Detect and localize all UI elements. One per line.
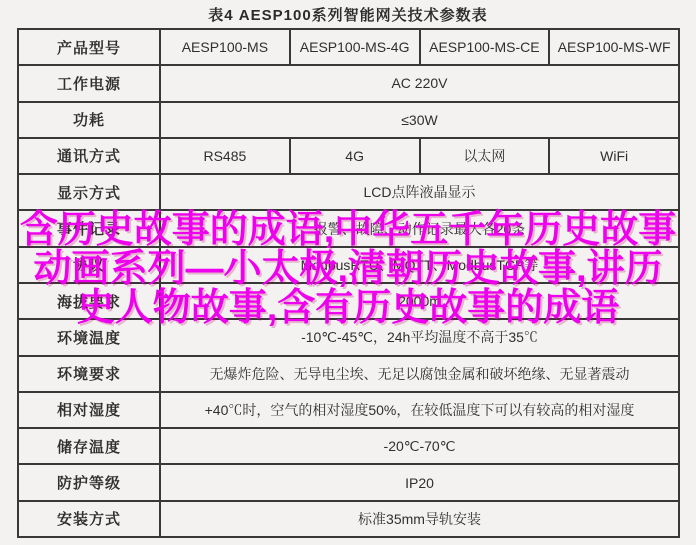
row-value: 无爆炸危险、无导电尘埃、无足以腐蚀金属和破坏绝缘、无显著震动 xyxy=(160,356,679,392)
row-value: IP20 xyxy=(160,464,679,500)
row-label: 安装方式 xyxy=(18,501,160,537)
row-value: ModbusRTU、MQTT、ModbusTCP等 xyxy=(160,247,679,283)
row-value: LCD点阵液晶显示 xyxy=(160,174,679,210)
spec-table: 产品型号AESP100-MSAESP100-MS-4GAESP100-MS-CE… xyxy=(17,28,680,538)
row-label: 环境温度 xyxy=(18,319,160,355)
row-value: 报警、故障、动作记录最大各20条 xyxy=(160,210,679,246)
row-label: 环境要求 xyxy=(18,356,160,392)
table-row: 环境温度-10℃-45℃，24h平均温度不高于35℃ xyxy=(18,319,679,355)
row-label: 防护等级 xyxy=(18,464,160,500)
row-value: -20℃-70℃ xyxy=(160,428,679,464)
row-cell: AESP100-MS-4G xyxy=(290,29,420,65)
row-cell: AESP100-MS xyxy=(160,29,290,65)
table-row: 安装方式标准35mm导轨安装 xyxy=(18,501,679,537)
table-row: 显示方式LCD点阵液晶显示 xyxy=(18,174,679,210)
table-row: 工作电源AC 220V xyxy=(18,65,679,101)
row-cell: AESP100-MS-WF xyxy=(549,29,679,65)
row-label: 储存温度 xyxy=(18,428,160,464)
row-label: 通讯方式 xyxy=(18,138,160,174)
row-label: 工作电源 xyxy=(18,65,160,101)
row-label: 事件记录 xyxy=(18,210,160,246)
row-label: 产品型号 xyxy=(18,29,160,65)
table-row: 海拔要求2000m xyxy=(18,283,679,319)
row-label: 显示方式 xyxy=(18,174,160,210)
table-row: 产品型号AESP100-MSAESP100-MS-4GAESP100-MS-CE… xyxy=(18,29,679,65)
row-cell: WiFi xyxy=(549,138,679,174)
row-value: +40℃时，空气的相对湿度50%，在较低温度下可以有较高的相对湿度 xyxy=(160,392,679,428)
table-row: 环境要求无爆炸危险、无导电尘埃、无足以腐蚀金属和破坏绝缘、无显著震动 xyxy=(18,356,679,392)
row-value: 标准35mm导轨安装 xyxy=(160,501,679,537)
table-row: 协议ModbusRTU、MQTT、ModbusTCP等 xyxy=(18,247,679,283)
row-cell: 4G xyxy=(290,138,420,174)
row-cell: 以太网 xyxy=(420,138,550,174)
row-value: 2000m xyxy=(160,283,679,319)
row-label: 协议 xyxy=(18,247,160,283)
table-row: 相对湿度+40℃时，空气的相对湿度50%，在较低温度下可以有较高的相对湿度 xyxy=(18,392,679,428)
row-cell: RS485 xyxy=(160,138,290,174)
row-label: 功耗 xyxy=(18,102,160,138)
table-row: 事件记录报警、故障、动作记录最大各20条 xyxy=(18,210,679,246)
row-value: -10℃-45℃，24h平均温度不高于35℃ xyxy=(160,319,679,355)
page-title: 表4 AESP100系列智能网关技术参数表 xyxy=(0,4,696,25)
row-label: 海拔要求 xyxy=(18,283,160,319)
table-row: 储存温度-20℃-70℃ xyxy=(18,428,679,464)
table-row: 通讯方式RS4854G以太网WiFi xyxy=(18,138,679,174)
row-label: 相对湿度 xyxy=(18,392,160,428)
table-row: 功耗≤30W xyxy=(18,102,679,138)
row-cell: AESP100-MS-CE xyxy=(420,29,550,65)
row-value: AC 220V xyxy=(160,65,679,101)
spec-table-body: 产品型号AESP100-MSAESP100-MS-4GAESP100-MS-CE… xyxy=(18,29,679,537)
table-row: 防护等级IP20 xyxy=(18,464,679,500)
row-value: ≤30W xyxy=(160,102,679,138)
